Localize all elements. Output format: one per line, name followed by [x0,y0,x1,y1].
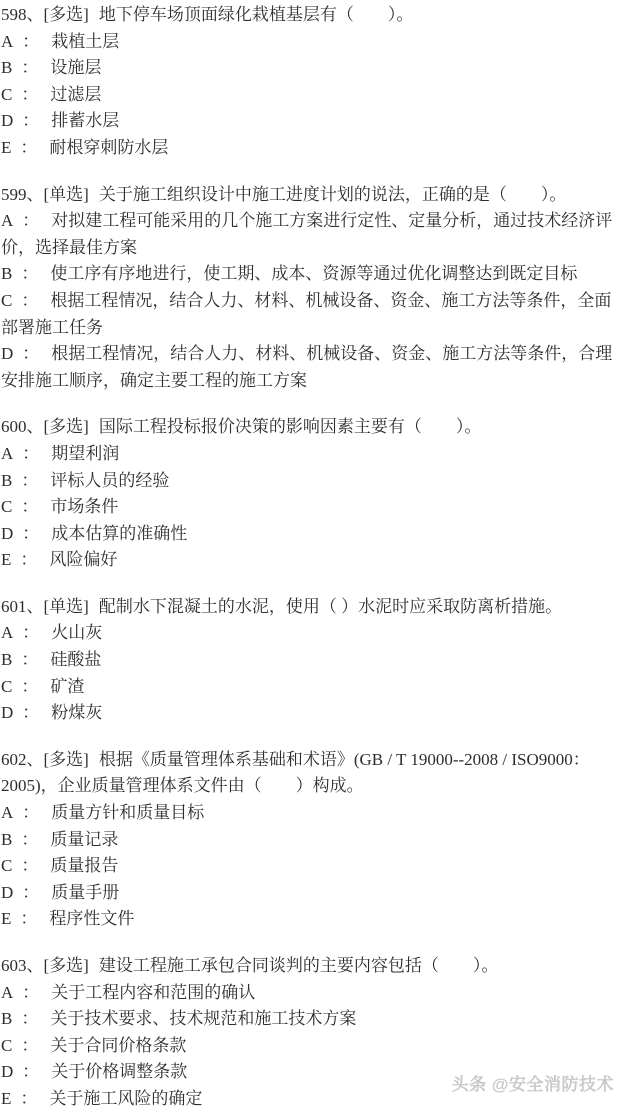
option-line: A：期望利润 [1,441,617,468]
option-colon: ： [21,85,38,104]
option-text: 质量报告 [50,856,118,875]
option-text: 排蓄水层 [51,111,119,130]
option-colon: ： [22,1062,39,1081]
option-line: C：过滤层 [1,82,617,109]
option-text: 根据工程情况，结合人力、材料、机械设备、资金、施工方法等条件，全面部署施工任务 [1,291,611,337]
option-colon: ： [21,1009,38,1028]
option-label: C [1,677,12,696]
question-line: 602、[多选]根据《质量管理体系基础和术语》(GB / T 19000--20… [1,747,617,800]
option-line: B：使工序有序地进行，使工期、成本、资源等通过优化调整达到既定目标 [1,261,617,288]
option-label: B [1,471,12,490]
option-text: 过滤层 [50,85,101,104]
option-line: D：排蓄水层 [1,108,617,135]
option-line: D：质量手册 [1,880,617,907]
option-text: 对拟建工程可能采用的几个施工方案进行定性、定量分析，通过技术经济评价，选择最佳方… [1,211,612,257]
option-label: D [1,344,13,363]
option-line: D：根据工程情况，结合人力、材料、机械设备、资金、施工方法等条件，合理安排施工顺… [1,341,617,394]
option-label: E [1,1089,11,1108]
option-text: 使工序有序地进行，使工期、成本、资源等通过优化调整达到既定目标 [50,264,577,283]
option-colon: ： [22,344,39,363]
question-prefix: 603、[多选] [1,956,89,975]
option-line: A：对拟建工程可能采用的几个施工方案进行定性、定量分析，通过技术经济评价，选择最… [1,208,617,261]
question-line: 601、[单选]配制水下混凝土的水泥，使用（ ）水泥时应采取防离析措施。 [1,594,617,621]
option-label: D [1,703,13,722]
option-text: 粉煤灰 [51,703,102,722]
question-options: A：期望利润B：评标人员的经验C：市场条件D：成本估算的准确性E：风险偏好 [1,441,617,574]
question-prefix: 599、[单选] [1,185,89,204]
option-line: C：根据工程情况，结合人力、材料、机械设备、资金、施工方法等条件，全面部署施工任… [1,288,617,341]
option-line: C：矿渣 [1,674,617,701]
question-line: 598、[多选]地下停车场顶面绿化栽植基层有（ ）。 [1,2,617,29]
option-colon: ： [20,909,37,928]
question-block: 600、[多选]国际工程投标报价决策的影响因素主要有（ ）。 A：期望利润B：评… [1,414,617,574]
option-line: A：栽植土层 [1,29,617,56]
option-line: B：关于技术要求、技术规范和施工技术方案 [1,1006,617,1033]
option-text: 耐根穿刺防水层 [49,138,168,157]
question-options: A：对拟建工程可能采用的几个施工方案进行定性、定量分析，通过技术经济评价，选择最… [1,208,617,394]
question-options: A：火山灰B：硅酸盐C：矿渣D：粉煤灰 [1,620,617,726]
option-line: A：质量方针和质量目标 [1,800,617,827]
question-line: 599、[单选]关于施工组织设计中施工进度计划的说法，正确的是（ ）。 [1,182,617,209]
question-prefix: 602、[多选] [1,750,89,769]
option-text: 火山灰 [51,623,102,642]
question-line: 603、[多选]建设工程施工承包合同谈判的主要内容包括（ ）。 [1,953,617,980]
option-line: C：关于合同价格条款 [1,1033,617,1060]
option-label: C [1,497,12,516]
question-list: 598、[多选]地下停车场顶面绿化栽植基层有（ ）。 A：栽植土层B：设施层C：… [0,0,617,1109]
option-colon: ： [22,803,39,822]
option-colon: ： [21,264,38,283]
option-colon: ： [21,650,38,669]
option-colon: ： [21,830,38,849]
option-colon: ： [22,703,39,722]
option-line: C：质量报告 [1,853,617,880]
option-line: D：成本估算的准确性 [1,521,617,548]
option-colon: ： [22,983,39,1002]
option-label: D [1,524,13,543]
option-text: 质量记录 [50,830,118,849]
option-line: E：程序性文件 [1,906,617,933]
option-label: B [1,264,12,283]
option-line: E：风险偏好 [1,547,617,574]
option-colon: ： [21,497,38,516]
option-colon: ： [20,138,37,157]
option-line: E：耐根穿刺防水层 [1,135,617,162]
option-colon: ： [21,291,38,310]
option-text: 程序性文件 [49,909,134,928]
option-text: 关于合同价格条款 [50,1036,186,1055]
option-label: A [1,983,13,1002]
option-text: 质量方针和质量目标 [51,803,204,822]
option-label: A [1,803,13,822]
option-colon: ： [22,623,39,642]
question-options: A：质量方针和质量目标B：质量记录C：质量报告D：质量手册E：程序性文件 [1,800,617,933]
option-label: C [1,856,12,875]
option-text: 成本估算的准确性 [51,524,187,543]
question-stem: 地下停车场顶面绿化栽植基层有（ ）。 [99,5,414,24]
option-text: 关于工程内容和范围的确认 [51,983,255,1002]
option-colon: ： [21,471,38,490]
option-colon: ： [21,677,38,696]
question-stem: 配制水下混凝土的水泥，使用（ ）水泥时应采取防离析措施。 [99,597,562,616]
option-label: D [1,1062,13,1081]
option-text: 矿渣 [50,677,84,696]
option-label: A [1,32,13,51]
option-label: E [1,550,11,569]
option-label: A [1,444,13,463]
option-label: A [1,623,13,642]
option-text: 关于施工风险的确定 [49,1089,202,1108]
question-prefix: 600、[多选] [1,417,89,436]
option-colon: ： [22,883,39,902]
question-options: A：栽植土层B：设施层C：过滤层D：排蓄水层E：耐根穿刺防水层 [1,29,617,162]
option-text: 关于价格调整条款 [51,1062,187,1081]
option-colon: ： [22,211,39,230]
option-line: A：火山灰 [1,620,617,647]
watermark-text: 头条 @安全消防技术 [452,1072,614,1099]
option-label: B [1,1009,12,1028]
option-label: B [1,650,12,669]
option-text: 设施层 [50,58,101,77]
option-label: A [1,211,13,230]
option-text: 关于技术要求、技术规范和施工技术方案 [50,1009,356,1028]
option-colon: ： [21,58,38,77]
option-colon: ： [21,856,38,875]
question-stem: 国际工程投标报价决策的影响因素主要有（ ）。 [99,417,482,436]
option-line: B：质量记录 [1,827,617,854]
option-text: 质量手册 [51,883,119,902]
question-stem: 关于施工组织设计中施工进度计划的说法，正确的是（ ）。 [99,185,567,204]
option-label: D [1,883,13,902]
question-block: 601、[单选]配制水下混凝土的水泥，使用（ ）水泥时应采取防离析措施。 A：火… [1,594,617,727]
option-text: 期望利润 [51,444,119,463]
option-label: B [1,830,12,849]
option-colon: ： [22,524,39,543]
question-prefix: 601、[单选] [1,597,89,616]
option-colon: ： [20,1089,37,1108]
question-block: 602、[多选]根据《质量管理体系基础和术语》(GB / T 19000--20… [1,747,617,933]
question-line: 600、[多选]国际工程投标报价决策的影响因素主要有（ ）。 [1,414,617,441]
option-colon: ： [22,111,39,130]
option-line: D：粉煤灰 [1,700,617,727]
option-text: 评标人员的经验 [50,471,169,490]
option-text: 市场条件 [50,497,118,516]
option-line: C：市场条件 [1,494,617,521]
option-line: B：设施层 [1,55,617,82]
option-line: B：评标人员的经验 [1,468,617,495]
option-label: E [1,909,11,928]
option-text: 根据工程情况，结合人力、材料、机械设备、资金、施工方法等条件，合理安排施工顺序，… [1,344,612,390]
question-block: 598、[多选]地下停车场顶面绿化栽植基层有（ ）。 A：栽植土层B：设施层C：… [1,2,617,162]
option-label: C [1,291,12,310]
option-colon: ： [20,550,37,569]
question-prefix: 598、[多选] [1,5,89,24]
option-line: B：硅酸盐 [1,647,617,674]
option-colon: ： [22,444,39,463]
option-text: 风险偏好 [49,550,117,569]
option-label: C [1,85,12,104]
option-line: A：关于工程内容和范围的确认 [1,980,617,1007]
option-label: C [1,1036,12,1055]
question-stem: 建设工程施工承包合同谈判的主要内容包括（ ）。 [99,956,499,975]
option-colon: ： [22,32,39,51]
option-text: 硅酸盐 [50,650,101,669]
option-text: 栽植土层 [51,32,119,51]
option-label: B [1,58,12,77]
option-label: D [1,111,13,130]
option-label: E [1,138,11,157]
question-stem: 根据《质量管理体系基础和术语》(GB / T 19000--2008 / ISO… [1,750,590,796]
option-colon: ： [21,1036,38,1055]
question-block: 599、[单选]关于施工组织设计中施工进度计划的说法，正确的是（ ）。 A：对拟… [1,182,617,395]
